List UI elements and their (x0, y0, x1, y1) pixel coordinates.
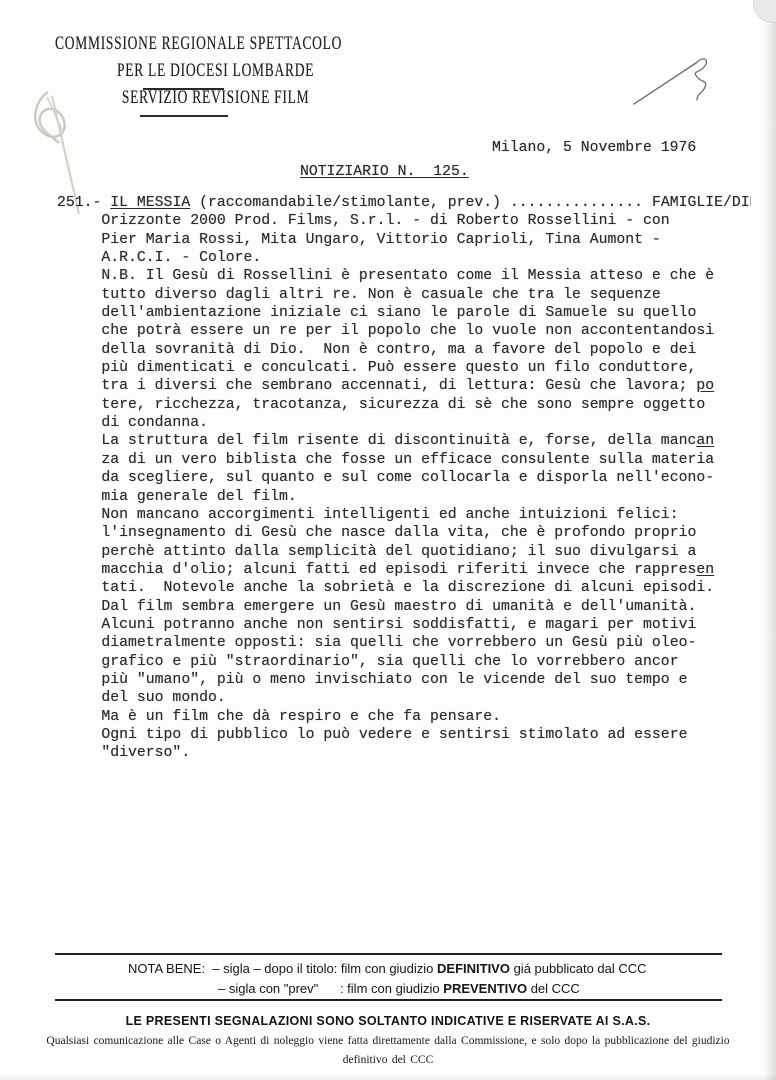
footer-disclaimer-line-1: Qualsiasi comunicazione alle Case o Agen… (0, 1035, 776, 1047)
text-segment: (raccomandabile/stimolante, prev.) .....… (190, 195, 751, 211)
dateline: Milano, 5 Novembre 1976 (492, 140, 696, 156)
typewriter-line: del suo mondo. (57, 689, 751, 707)
typewriter-line: Ma è un film che dà respiro e che fa pen… (57, 708, 751, 726)
typewriter-line: Orizzonte 2000 Prod. Films, S.r.l. - di … (57, 212, 751, 230)
text-segment: tere, ricchezza, tracotanza, sicurezza d… (57, 397, 705, 413)
review-entry-text: 251.- IL MESSIA (raccomandabile/stimolan… (57, 194, 751, 763)
note-box-top-rule (55, 953, 722, 955)
typewriter-line: Ogni tipo di pubblico lo può vedere e se… (57, 726, 751, 744)
text-segment: più dimenticati e conculcati. Può essere… (57, 360, 696, 376)
text-segment: Alcuni potranno anche non sentirsi soddi… (57, 617, 696, 633)
typewriter-line: l'insegnamento di Gesù che nasce dalla v… (57, 524, 751, 542)
text-segment: tutto diverso dagli altri re. Non è casu… (57, 287, 661, 303)
text-segment: della sovranità di Dio. Non è contro, ma… (57, 342, 696, 358)
typewriter-line: Dal film sembra emergere un Gesù maestro… (57, 598, 751, 616)
nota-bene-line-1: NOTA BENE: – sigla – dopo il titolo: fil… (128, 961, 647, 976)
typewriter-line: za di un vero biblista che fosse un effi… (57, 451, 751, 469)
typewriter-line: più dimenticati e conculcati. Può essere… (57, 359, 751, 377)
text-segment: più "umano", più o meno invischiato con … (57, 672, 687, 688)
text-segment: po (696, 378, 714, 394)
typewriter-line: Pier Maria Rossi, Mita Ungaro, Vittorio … (57, 231, 751, 249)
typewriter-line: N.B. Il Gesù di Rossellini è presentato … (57, 267, 751, 285)
text-segment: – sigla con "prev" : film con giudizio (218, 981, 443, 996)
text-segment: del suo mondo. (57, 690, 226, 706)
page-bottom-shadow (0, 1074, 776, 1080)
typewriter-line: di condanna. (57, 414, 751, 432)
page-corner (754, 0, 776, 22)
note-box-bottom-rule (55, 999, 722, 1001)
nota-bene-line-2: – sigla con "prev" : film con giudizio P… (218, 981, 580, 996)
typewriter-line: "diverso". (57, 744, 751, 762)
text-segment: DEFINITIVO (437, 961, 510, 976)
text-segment: di condanna. (57, 415, 208, 431)
text-segment: "diverso". (57, 745, 190, 761)
typewriter-line: mia generale del film. (57, 488, 751, 506)
typewriter-line: tutto diverso dagli altri re. Non è casu… (57, 286, 751, 304)
text-segment: an (696, 433, 714, 449)
handwritten-check-mark (620, 48, 730, 118)
typewriter-line: Alcuni potranno anche non sentirsi soddi… (57, 616, 751, 634)
text-segment: che potrà essere un re per il popolo che… (57, 323, 714, 339)
text-segment: Non mancano accorgimenti intelligenti ed… (57, 507, 679, 523)
text-segment: perchè attinto dalla semplicità del quot… (57, 544, 696, 560)
typewriter-line: La struttura del film risente di discont… (57, 432, 751, 450)
letterhead-underline (143, 88, 224, 90)
typewriter-line: che potrà essere un re per il popolo che… (57, 322, 751, 340)
typewriter-line: dell'ambientazione iniziale ci siano le … (57, 304, 751, 322)
text-segment: za di un vero biblista che fosse un effi… (57, 452, 714, 468)
text-segment: Dal film sembra emergere un Gesù maestro… (57, 599, 696, 615)
typewriter-line: perchè attinto dalla semplicità del quot… (57, 543, 751, 561)
typewriter-line: grafico e più "straordinario", sia quell… (57, 653, 751, 671)
text-segment: N.B. Il Gesù di Rossellini è presentato … (57, 268, 714, 284)
text-segment: NOTA BENE: – sigla – dopo il titolo: fil… (128, 961, 437, 976)
text-segment: dell'ambientazione iniziale ci siano le … (57, 305, 696, 321)
letterhead-line-1: COMMISSIONE REGIONALE SPETTACOLO (55, 31, 376, 58)
text-segment: Pier Maria Rossi, Mita Ungaro, Vittorio … (57, 232, 661, 248)
letterhead-line-2: PER LE DIOCESI LOMBARDE (55, 58, 376, 85)
typewriter-line: Non mancano accorgimenti intelligenti ed… (57, 506, 751, 524)
text-segment: 251.- (57, 195, 110, 211)
footer-disclaimer-line-2: definitivo del CCC (0, 1054, 776, 1066)
text-segment: IL MESSIA (110, 195, 190, 211)
text-segment: tra i diversi che sembrano accennati, di… (57, 378, 696, 394)
text-segment: da scegliere, sul quanto e sul come coll… (57, 470, 714, 486)
text-segment: l'insegnamento di Gesù che nasce dalla v… (57, 525, 696, 541)
typewriter-line: da scegliere, sul quanto e sul come coll… (57, 469, 751, 487)
notiziario-title: NOTIZIARIO N. 125. (300, 164, 469, 180)
typewriter-line: macchia d'olio; alcuni fatti ed episodi … (57, 561, 751, 579)
typewriter-line: diametralmente opposti: sia quelli che v… (57, 634, 751, 652)
text-segment: grafico e più "straordinario", sia quell… (57, 654, 679, 670)
text-segment: PREVENTIVO (443, 981, 527, 996)
text-segment: giá pubblicato dal CCC (510, 961, 647, 976)
text-segment: en (696, 562, 714, 578)
scanned-document-page: COMMISSIONE REGIONALE SPETTACOLO PER LE … (0, 0, 776, 1080)
footer-notice: LE PRESENTI SEGNALAZIONI SONO SOLTANTO I… (0, 1014, 776, 1028)
text-segment: Orizzonte 2000 Prod. Films, S.r.l. - di … (57, 213, 670, 229)
text-segment: Ma è un film che dà respiro e che fa pen… (57, 709, 501, 725)
text-segment: mia generale del film. (57, 489, 297, 505)
typewriter-line: A.R.C.I. - Colore. (57, 249, 751, 267)
typewriter-line: tere, ricchezza, tracotanza, sicurezza d… (57, 396, 751, 414)
typewriter-line: 251.- IL MESSIA (raccomandabile/stimolan… (57, 194, 751, 212)
text-segment: A.R.C.I. - Colore. (57, 250, 261, 266)
text-segment: Ogni tipo di pubblico lo può vedere e se… (57, 727, 687, 743)
typewriter-line: della sovranità di Dio. Non è contro, ma… (57, 341, 751, 359)
text-segment: tati. Notevole anche la sobrietà e la di… (57, 580, 714, 596)
letterhead: COMMISSIONE REGIONALE SPETTACOLO PER LE … (55, 31, 376, 112)
letterhead-underline (140, 115, 228, 117)
text-segment: La struttura del film risente di discont… (57, 433, 696, 449)
text-segment: NOTIZIARIO N. 125. (300, 164, 469, 180)
text-segment: diametralmente opposti: sia quelli che v… (57, 635, 696, 651)
text-segment: macchia d'olio; alcuni fatti ed episodi … (57, 562, 696, 578)
typewriter-line: più "umano", più o meno invischiato con … (57, 671, 751, 689)
typewriter-line: tati. Notevole anche la sobrietà e la di… (57, 579, 751, 597)
page-edge-shadow (764, 0, 776, 1080)
text-segment: del CCC (527, 981, 580, 996)
typewriter-line: tra i diversi che sembrano accennati, di… (57, 377, 751, 395)
